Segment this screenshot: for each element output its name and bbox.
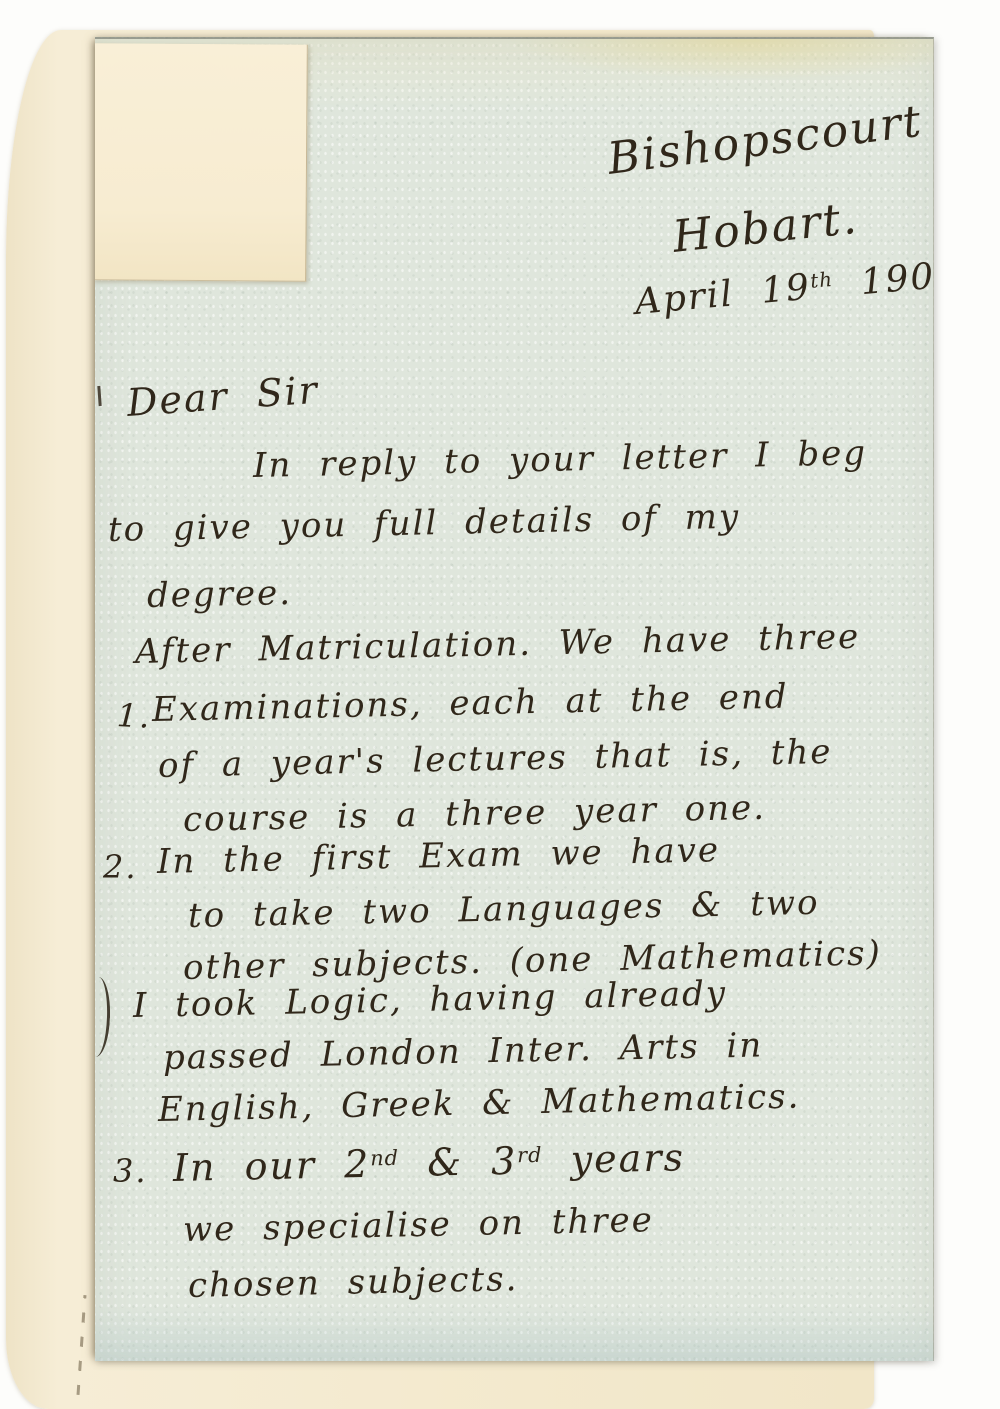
body-line-11: I took Logic, having already: [133, 977, 728, 1023]
body-line-12: passed London Inter. Arts in: [163, 1028, 764, 1075]
list-marker-3: 3.: [113, 1155, 148, 1187]
date-superscript: th: [809, 268, 834, 293]
letter-page: Bishopscourt Hobart. April 19th 1901 Dea…: [95, 37, 934, 1361]
body-line-14: In our 2nd & 3rd years: [173, 1138, 686, 1187]
list-marker-2: 2.: [103, 851, 138, 883]
heading-address-line2: Hobart.: [671, 197, 861, 260]
body-line-14-sup1: nd: [370, 1146, 399, 1171]
body-line-14-prefix: In our 2: [173, 1142, 371, 1190]
date-day: April 19: [633, 267, 812, 323]
mounting-patch: [95, 43, 308, 281]
body-line-3: degree.: [147, 576, 293, 613]
salutation: Dear Sir: [126, 371, 320, 422]
body-line-2: to give you full details of my: [108, 500, 741, 547]
list-marker-1: 1.: [116, 699, 152, 733]
body-line-13: English, Greek & Mathematics.: [158, 1080, 801, 1127]
body-line-5: Examinations, each at the end: [152, 680, 789, 727]
body-line-16: chosen subjects.: [188, 1262, 519, 1303]
body-line-8: In the first Exam we have: [157, 833, 721, 879]
body-line-6: of a year's lectures that is, the: [158, 735, 833, 783]
body-line-4: After Matriculation. We have three: [135, 620, 861, 669]
body-line-14-sup2: rd: [517, 1143, 543, 1168]
date-year: 1901: [832, 254, 934, 306]
margin-tick: [97, 386, 101, 406]
body-line-1: In reply to your letter I beg: [253, 436, 868, 483]
body-line-15: we specialise on three: [183, 1203, 655, 1247]
body-line-14-mid: & 3: [399, 1139, 518, 1185]
heading-address-line1: Bishopscourt: [605, 100, 925, 182]
margin-bracket: [95, 977, 111, 1058]
body-line-9: to take two Languages & two: [188, 886, 820, 933]
heading-date: April 19th 1901: [633, 257, 934, 321]
body-line-14-suffix: years: [542, 1135, 685, 1182]
